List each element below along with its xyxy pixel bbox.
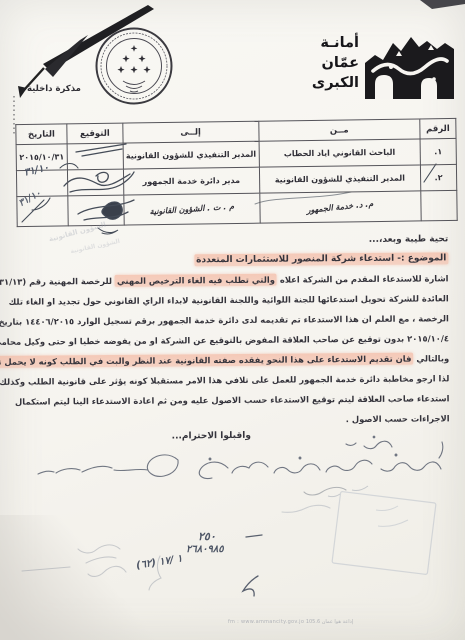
cell-to: مدير دائرة خدمة الجمهور — [123, 167, 259, 195]
col-header-from: مــن — [258, 119, 420, 141]
table-row: م. د. خدمة الجمهور م . ت . الشؤون القانو… — [17, 190, 457, 226]
handwritten-number: ٢٥٠ — [198, 530, 216, 543]
body-text: اشارة للاستدعاء المقدم من الشركة اعلاه — [277, 273, 449, 284]
seal-stars — [117, 45, 150, 73]
memo-type-label: مذكرة داخلية — [27, 84, 81, 94]
cell-signature — [67, 143, 123, 170]
col-header-to: إلــى — [123, 121, 259, 143]
cell-number — [421, 190, 457, 220]
logo-line-2: عمّان — [281, 53, 359, 73]
cell-signature — [67, 169, 123, 196]
closing-line: واقبلوا الاحترام... — [0, 426, 428, 445]
municipality-logo-icon — [361, 29, 458, 103]
highlighted-text: والتي تطلب فيه الغاء الترخيص المهني — [115, 274, 277, 287]
scanned-memo-page: مذكرة داخلية أمانـة عمّان الكبرى الرقم م… — [0, 0, 465, 640]
handwritten-to: م . ت . الشؤون القانونية — [149, 202, 234, 217]
page-footer: إذاعة هوا عمان 105.6 fm : www.ammancity.… — [228, 619, 353, 625]
highlighted-text: فان تقديم الاستدعاء على هذا النحو يفقده … — [0, 353, 413, 368]
col-header-date: التاريخ — [16, 124, 67, 145]
handwritten-from: م. د. خدمة الجمهور — [307, 199, 374, 215]
body-text: وبالتالي — [413, 353, 449, 363]
letter-body: تحية طيبة وبعد،... الموضوع :- استدعاء شر… — [15, 230, 450, 445]
col-header-signature: التوقيع — [67, 123, 123, 144]
cell-signature — [68, 195, 124, 226]
check-scribble — [243, 535, 262, 596]
page-fold-shadow — [0, 515, 175, 640]
logo-wordmark: أمانـة عمّان الكبرى — [281, 33, 359, 93]
cell-from-handwritten: م. د. خدمة الجمهور — [259, 191, 421, 223]
faint-stamp-box — [328, 486, 436, 575]
cell-to: المدير التنفيذي للشؤون القانونية — [123, 141, 259, 169]
cell-to-handwritten: م . ت . الشؤون القانونية — [124, 193, 260, 225]
cell-from: المدير التنفيذي للشؤون القانونية — [259, 165, 421, 193]
logo-line-1: أمانـة — [281, 33, 359, 53]
logo-line-3: الكبرى — [281, 73, 359, 93]
col-header-number: الرقم — [420, 118, 456, 139]
body-text: للرخصة المهنية رقم (٢٨٣١/١٣) — [0, 276, 115, 287]
cell-from: الباحث القانوني اياد الحطاب — [259, 139, 421, 167]
closing-handwriting — [38, 436, 443, 512]
municipality-seal-icon — [93, 25, 175, 107]
cell-number: ١. — [420, 138, 456, 164]
routing-table: الرقم مــن إلــى التوقيع التاريخ ١. البا… — [15, 118, 457, 227]
handwritten-number: ٢٦٨٠٩٨٥ — [186, 544, 224, 555]
cell-number: ٢. — [420, 164, 456, 190]
seal-text-lines — [123, 81, 145, 92]
corner-scan-artifact — [420, 0, 465, 9]
subject-highlight: الموضوع :- استدعاء شركة المنصور للاستثما… — [194, 252, 448, 266]
